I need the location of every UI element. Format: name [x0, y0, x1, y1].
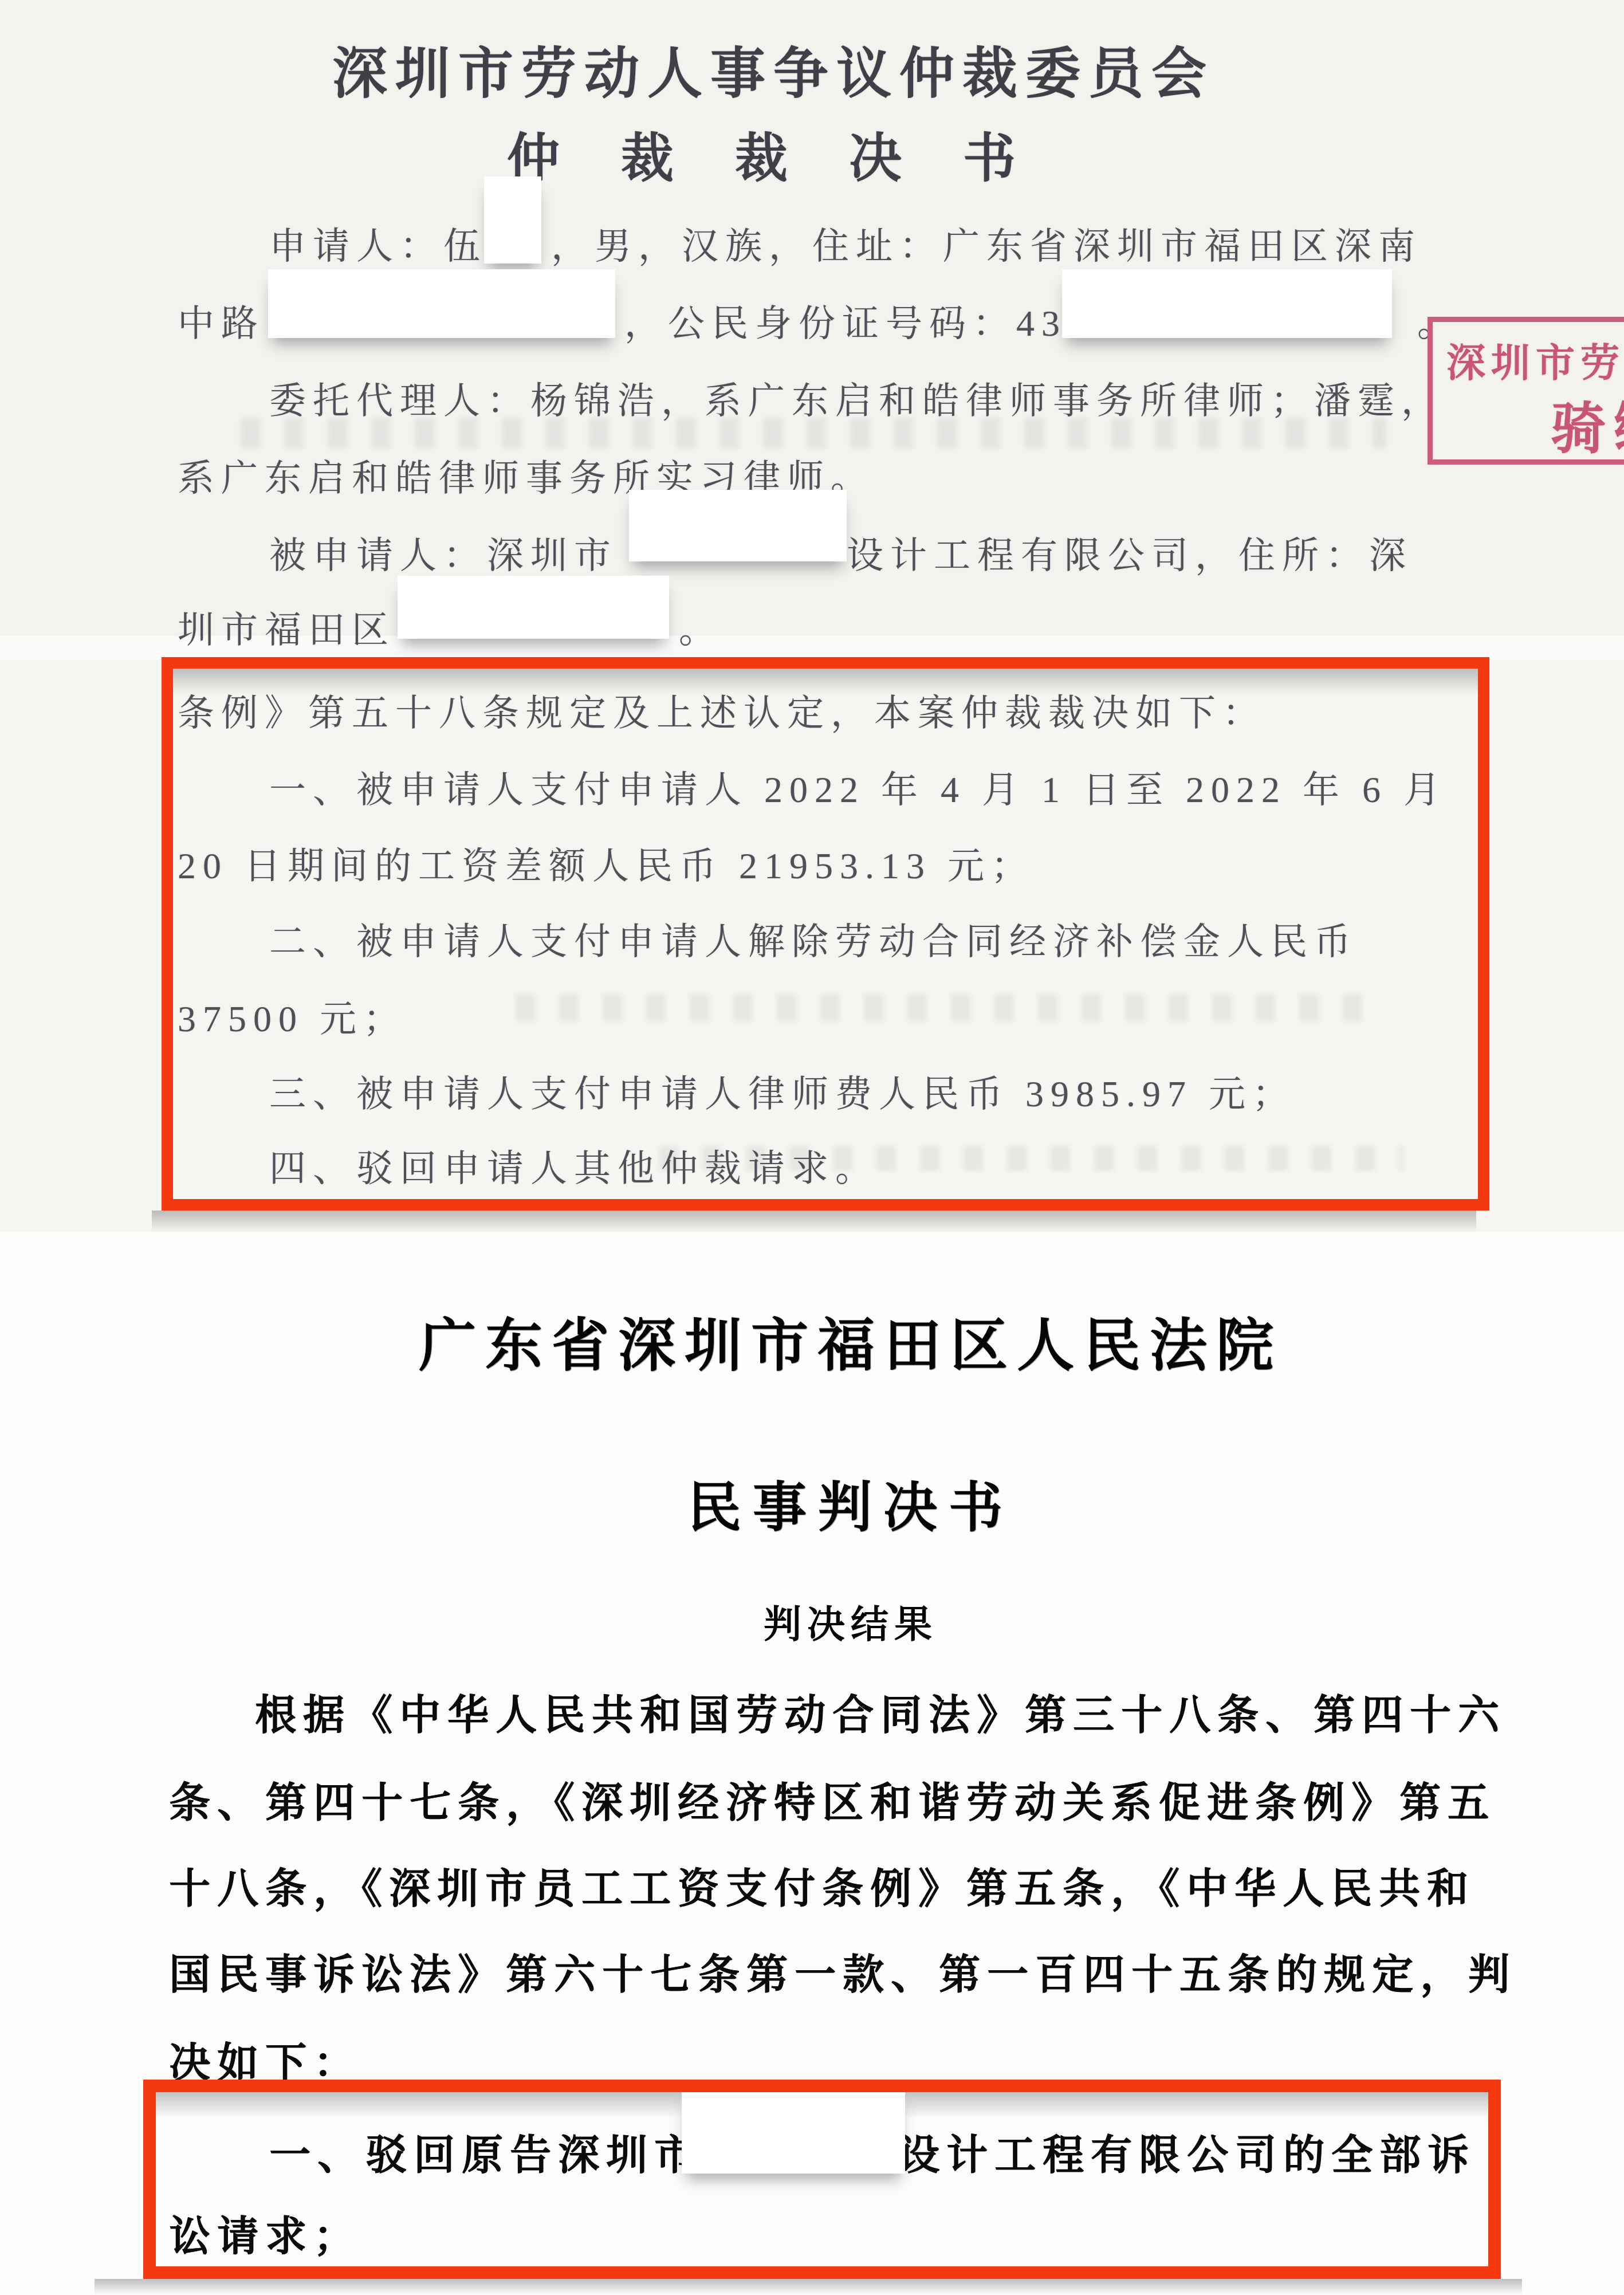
- judgment-suffix: 设计工程有限公司的全部诉: [898, 2132, 1476, 2178]
- ruling-item1-line1: 一、被申请人支付申请人 2022 年 4 月 1 日至 2022 年 6 月: [269, 760, 1447, 813]
- redaction-box-plaintiff-name: [682, 2092, 905, 2174]
- doc2-section-heading: 判决结果: [86, 1594, 1615, 1648]
- doc2-body-line1: 根据《中华人民共和国劳动合同法》第三十八条、第四十六: [255, 1681, 1506, 1741]
- judgment-line2: 讼请求；: [169, 2203, 361, 2262]
- redaction-box-id-number: [1062, 269, 1392, 338]
- legal-documents-page: 深圳市劳动人事争议仲裁委员会 仲 裁 裁 决 书 申请人：伍，男，汉族，住址：广…: [0, 0, 1624, 2295]
- doc2-body-line2: 条、第四十七条，《深圳经济特区和谐劳动关系促进条例》第五: [169, 1769, 1496, 1829]
- doc2-court-name: 广东省深圳市福田区人民法院: [86, 1299, 1615, 1382]
- doc2-document-type: 民事判决书: [86, 1464, 1615, 1542]
- line-period: 。: [679, 610, 722, 650]
- ruling-item3: 三、被申请人支付申请人律师费人民币 3985.97 元；: [269, 1064, 1296, 1117]
- official-seal-stamp: 深圳市劳动 骑缝: [1428, 317, 1624, 465]
- doc2-body-line3: 十八条，《深圳市员工工资支付条例》第五条，《中华人民共和: [169, 1855, 1475, 1915]
- respondent-district: 圳市福田区: [178, 610, 395, 650]
- redaction-box-company-name: [629, 490, 847, 561]
- page-bottom-shadow: [95, 2279, 1522, 2295]
- ruling-item2-line1: 二、被申请人支付申请人解除劳动合同经济补偿金人民币: [269, 912, 1358, 965]
- doc2-body-line4: 国民事诉讼法》第六十七条第一款、第一百四十五条的规定，判: [169, 1941, 1516, 2001]
- redaction-box-company-address: [398, 576, 669, 639]
- doc1-applicant-line1: 申请人：伍，男，汉族，住址：广东省深圳市福田区深南: [269, 217, 1422, 269]
- applicant-suffix: ，男，汉族，住址：广东省深圳市福田区深南: [551, 226, 1422, 266]
- ruling-intro: 条例》第五十八条规定及上述认定，本案仲裁裁决如下：: [178, 683, 1266, 736]
- redaction-gap: [618, 562, 847, 568]
- address-prefix: 中路: [178, 303, 265, 344]
- respondent-suffix: 设计工程有限公司，住所：深: [847, 535, 1413, 576]
- respondent-prefix: 被申请人：深圳市: [269, 535, 618, 576]
- redaction-box-address: [268, 269, 615, 338]
- bleed-through-smudge: [241, 418, 1386, 448]
- id-number-label: ，公民身份证号码：430: [624, 303, 1092, 344]
- doc1-agent-line1: 委托代理人：杨锦浩，系广东启和皓律师事务所律师；潘霆，: [269, 371, 1445, 424]
- ruling-item1-line2: 20 日期间的工资差额人民币 21953.13 元；: [178, 836, 1035, 889]
- redaction-box-applicant-name: [484, 176, 541, 264]
- stamp-text-row2: 骑缝: [1551, 385, 1624, 463]
- doc1-title-committee: 深圳市劳动人事争议仲裁委员会: [0, 30, 1547, 108]
- doc1-title-award: 仲 裁 裁 决 书: [0, 116, 1547, 192]
- page-bottom-shadow: [152, 1211, 1476, 1232]
- judgment-prefix: 一、驳回原告深圳市: [269, 2132, 702, 2178]
- ruling-item4: 四、驳回申请人其他仲裁请求。: [269, 1139, 879, 1192]
- applicant-prefix: 申请人：伍: [269, 226, 487, 266]
- ruling-item2-line2: 37500 元；: [178, 989, 407, 1042]
- stamp-text-row1: 深圳市劳动: [1446, 332, 1624, 388]
